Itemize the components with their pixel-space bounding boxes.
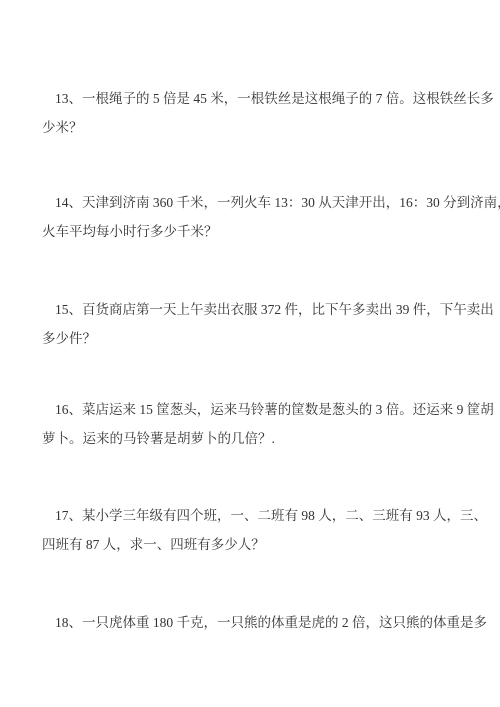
question-17-line-2: 四班有 87 人，求一、四班有多少人？	[42, 530, 486, 559]
question-16-line-1: 16、菜店运来 15 筐葱头，运来马铃薯的筐数是葱头的 3 倍。还运来 9 筐胡	[42, 395, 486, 424]
question-15-line-2: 多少件？	[42, 324, 486, 353]
question-14-line-1: 14、天津到济南 360 千米，一列火车 13：30 从天津开出，16：30 分…	[42, 188, 486, 217]
question-13-line-1: 13、一根绳子的 5 倍是 45 米，一根铁丝是这根绳子的 7 倍。这根铁丝长多	[42, 84, 486, 113]
question-15-line-1: 15、百货商店第一天上午卖出衣服 372 件，比下午多卖出 39 件，下午卖出	[42, 295, 486, 324]
question-16: 16、菜店运来 15 筐葱头，运来马铃薯的筐数是葱头的 3 倍。还运来 9 筐胡…	[42, 395, 486, 453]
question-17-line-1: 17、某小学三年级有四个班，一、二班有 98 人，二、三班有 93 人，三、	[42, 501, 486, 530]
question-18: 18、一只虎体重 180 千克，一只熊的体重是虎的 2 倍，这只熊的体重是多	[42, 608, 486, 637]
question-13: 13、一根绳子的 5 倍是 45 米，一根铁丝是这根绳子的 7 倍。这根铁丝长多…	[42, 84, 486, 142]
question-17: 17、某小学三年级有四个班，一、二班有 98 人，二、三班有 93 人，三、 四…	[42, 501, 486, 559]
question-18-line-1: 18、一只虎体重 180 千克，一只熊的体重是虎的 2 倍，这只熊的体重是多	[42, 608, 486, 637]
worksheet-page: 13、一根绳子的 5 倍是 45 米，一根铁丝是这根绳子的 7 倍。这根铁丝长多…	[0, 0, 500, 707]
question-15: 15、百货商店第一天上午卖出衣服 372 件，比下午多卖出 39 件，下午卖出 …	[42, 295, 486, 353]
question-16-line-2: 萝卜。运来的马铃薯是胡萝卜的几倍？.	[42, 424, 486, 453]
question-14-line-2: 火车平均每小时行多少千米？	[42, 217, 486, 246]
question-14: 14、天津到济南 360 千米，一列火车 13：30 从天津开出，16：30 分…	[42, 188, 486, 246]
question-13-line-2: 少米？	[42, 113, 486, 142]
